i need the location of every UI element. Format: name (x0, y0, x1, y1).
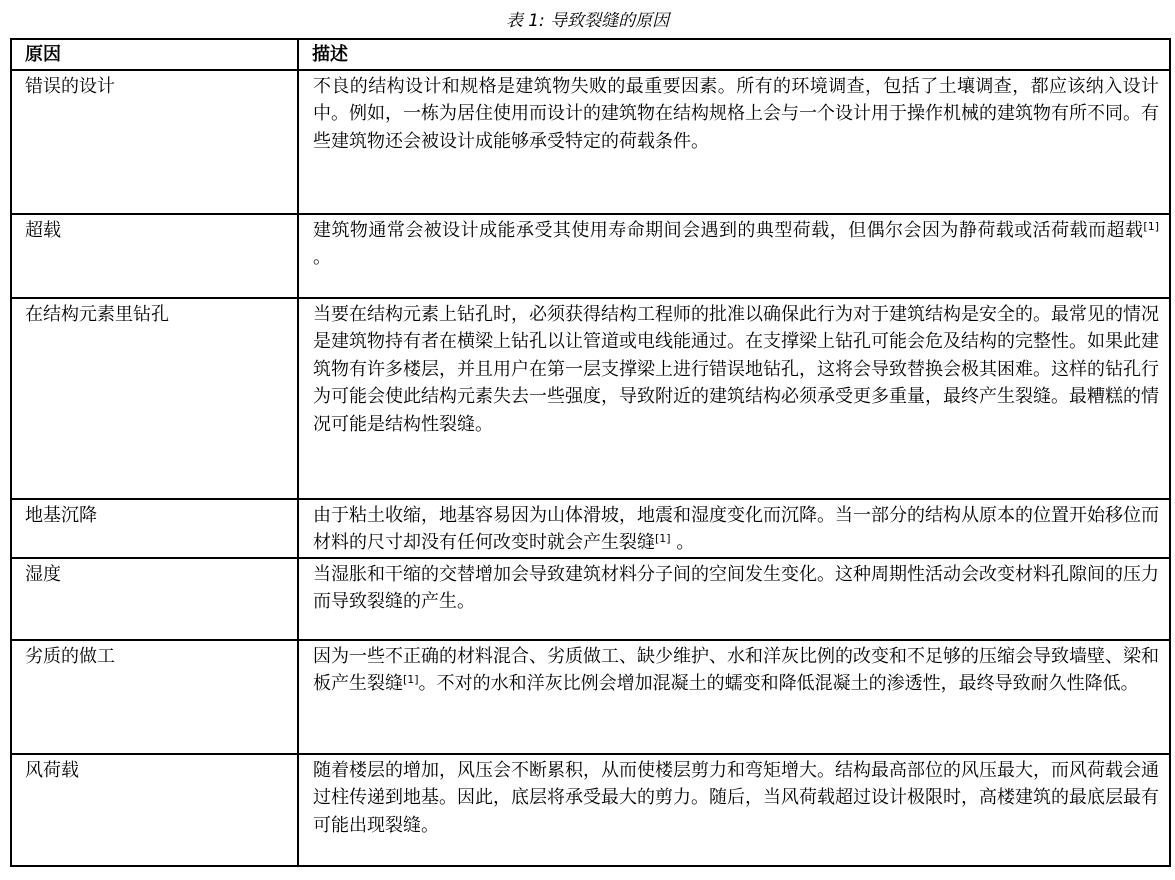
description-cell: 建筑物通常会被设计成能承受其使用寿命期间会遇到的典型荷载，但偶尔会因为静荷载或活… (298, 214, 1170, 298)
cause-cell: 湿度 (11, 558, 298, 640)
cause-cell: 风荷载 (11, 754, 298, 866)
description-text: 当湿胀和干缩的交替增加会导致建筑材料分子间的空间发生变化。这种周期性活动会改变材… (313, 564, 1159, 613)
table-row: 风荷载 随着楼层的增加，风压会不断累积，从而使楼层剪力和弯矩增大。结构最高部位的… (11, 754, 1170, 866)
citation-reference[interactable]: [1] (1143, 220, 1159, 233)
table-row: 劣质的做工 因为一些不正确的材料混合、劣质做工、缺少维护、水和洋灰比例的改变和不… (11, 640, 1170, 754)
description-text: 随着楼层的增加，风压会不断累积，从而使楼层剪力和弯矩增大。结构最高部位的风压最大… (313, 760, 1159, 836)
description-cell: 因为一些不正确的材料混合、劣质做工、缺少维护、水和洋灰比例的改变和不足够的压缩会… (298, 640, 1170, 754)
table-header-row: 原因 描述 (11, 39, 1170, 70)
cause-cell: 地基沉降 (11, 499, 298, 558)
header-description: 描述 (298, 39, 1170, 70)
table-row: 地基沉降 由于粘土收缩，地基容易因为山体滑坡，地震和湿度变化而沉降。当一部分的结… (11, 499, 1170, 558)
cause-cell: 超载 (11, 214, 298, 298)
description-cell: 当湿胀和干缩的交替增加会导致建筑材料分子间的空间发生变化。这种周期性活动会改变材… (298, 558, 1170, 640)
table-row: 错误的设计 不良的结构设计和规格是建筑物失败的最重要因素。所有的环境调查，包括了… (11, 70, 1170, 214)
citation-reference[interactable]: [1] (655, 532, 671, 545)
cause-cell: 劣质的做工 (11, 640, 298, 754)
description-text-tail: 。不对的水和洋灰比例会增加混凝土的蠕变和降低混凝土的渗透性，最终导致耐久性降低。 (419, 673, 1139, 694)
description-text: 当要在结构元素上钻孔时，必须获得结构工程师的批准以确保此行为对于建筑结构是安全的… (313, 304, 1159, 435)
description-text-tail: 。 (671, 532, 695, 553)
causes-table: 原因 描述 错误的设计 不良的结构设计和规格是建筑物失败的最重要因素。所有的环境… (10, 38, 1171, 867)
cause-cell: 在结构元素里钻孔 (11, 298, 298, 499)
description-cell: 当要在结构元素上钻孔时，必须获得结构工程师的批准以确保此行为对于建筑结构是安全的… (298, 298, 1170, 499)
table-row: 超载 建筑物通常会被设计成能承受其使用寿命期间会遇到的典型荷载，但偶尔会因为静荷… (11, 214, 1170, 298)
description-cell: 不良的结构设计和规格是建筑物失败的最重要因素。所有的环境调查，包括了土壤调查，都… (298, 70, 1170, 214)
description-text: 建筑物通常会被设计成能承受其使用寿命期间会遇到的典型荷载，但偶尔会因为静荷载或活… (313, 220, 1143, 241)
description-cell: 由于粘土收缩，地基容易因为山体滑坡，地震和湿度变化而沉降。当一部分的结构从原本的… (298, 499, 1170, 558)
table-row: 在结构元素里钻孔 当要在结构元素上钻孔时，必须获得结构工程师的批准以确保此行为对… (11, 298, 1170, 499)
header-cause: 原因 (11, 39, 298, 70)
cause-cell: 错误的设计 (11, 70, 298, 214)
table-caption: 表 1: 导致裂缝的原因 (0, 10, 1175, 32)
description-text-tail: 。 (313, 247, 331, 268)
description-text: 由于粘土收缩，地基容易因为山体滑坡，地震和湿度变化而沉降。当一部分的结构从原本的… (313, 505, 1159, 554)
description-cell: 随着楼层的增加，风压会不断累积，从而使楼层剪力和弯矩增大。结构最高部位的风压最大… (298, 754, 1170, 866)
description-text: 不良的结构设计和规格是建筑物失败的最重要因素。所有的环境调查，包括了土壤调查，都… (313, 76, 1159, 152)
citation-reference[interactable]: [1] (403, 673, 419, 686)
table-row: 湿度 当湿胀和干缩的交替增加会导致建筑材料分子间的空间发生变化。这种周期性活动会… (11, 558, 1170, 640)
